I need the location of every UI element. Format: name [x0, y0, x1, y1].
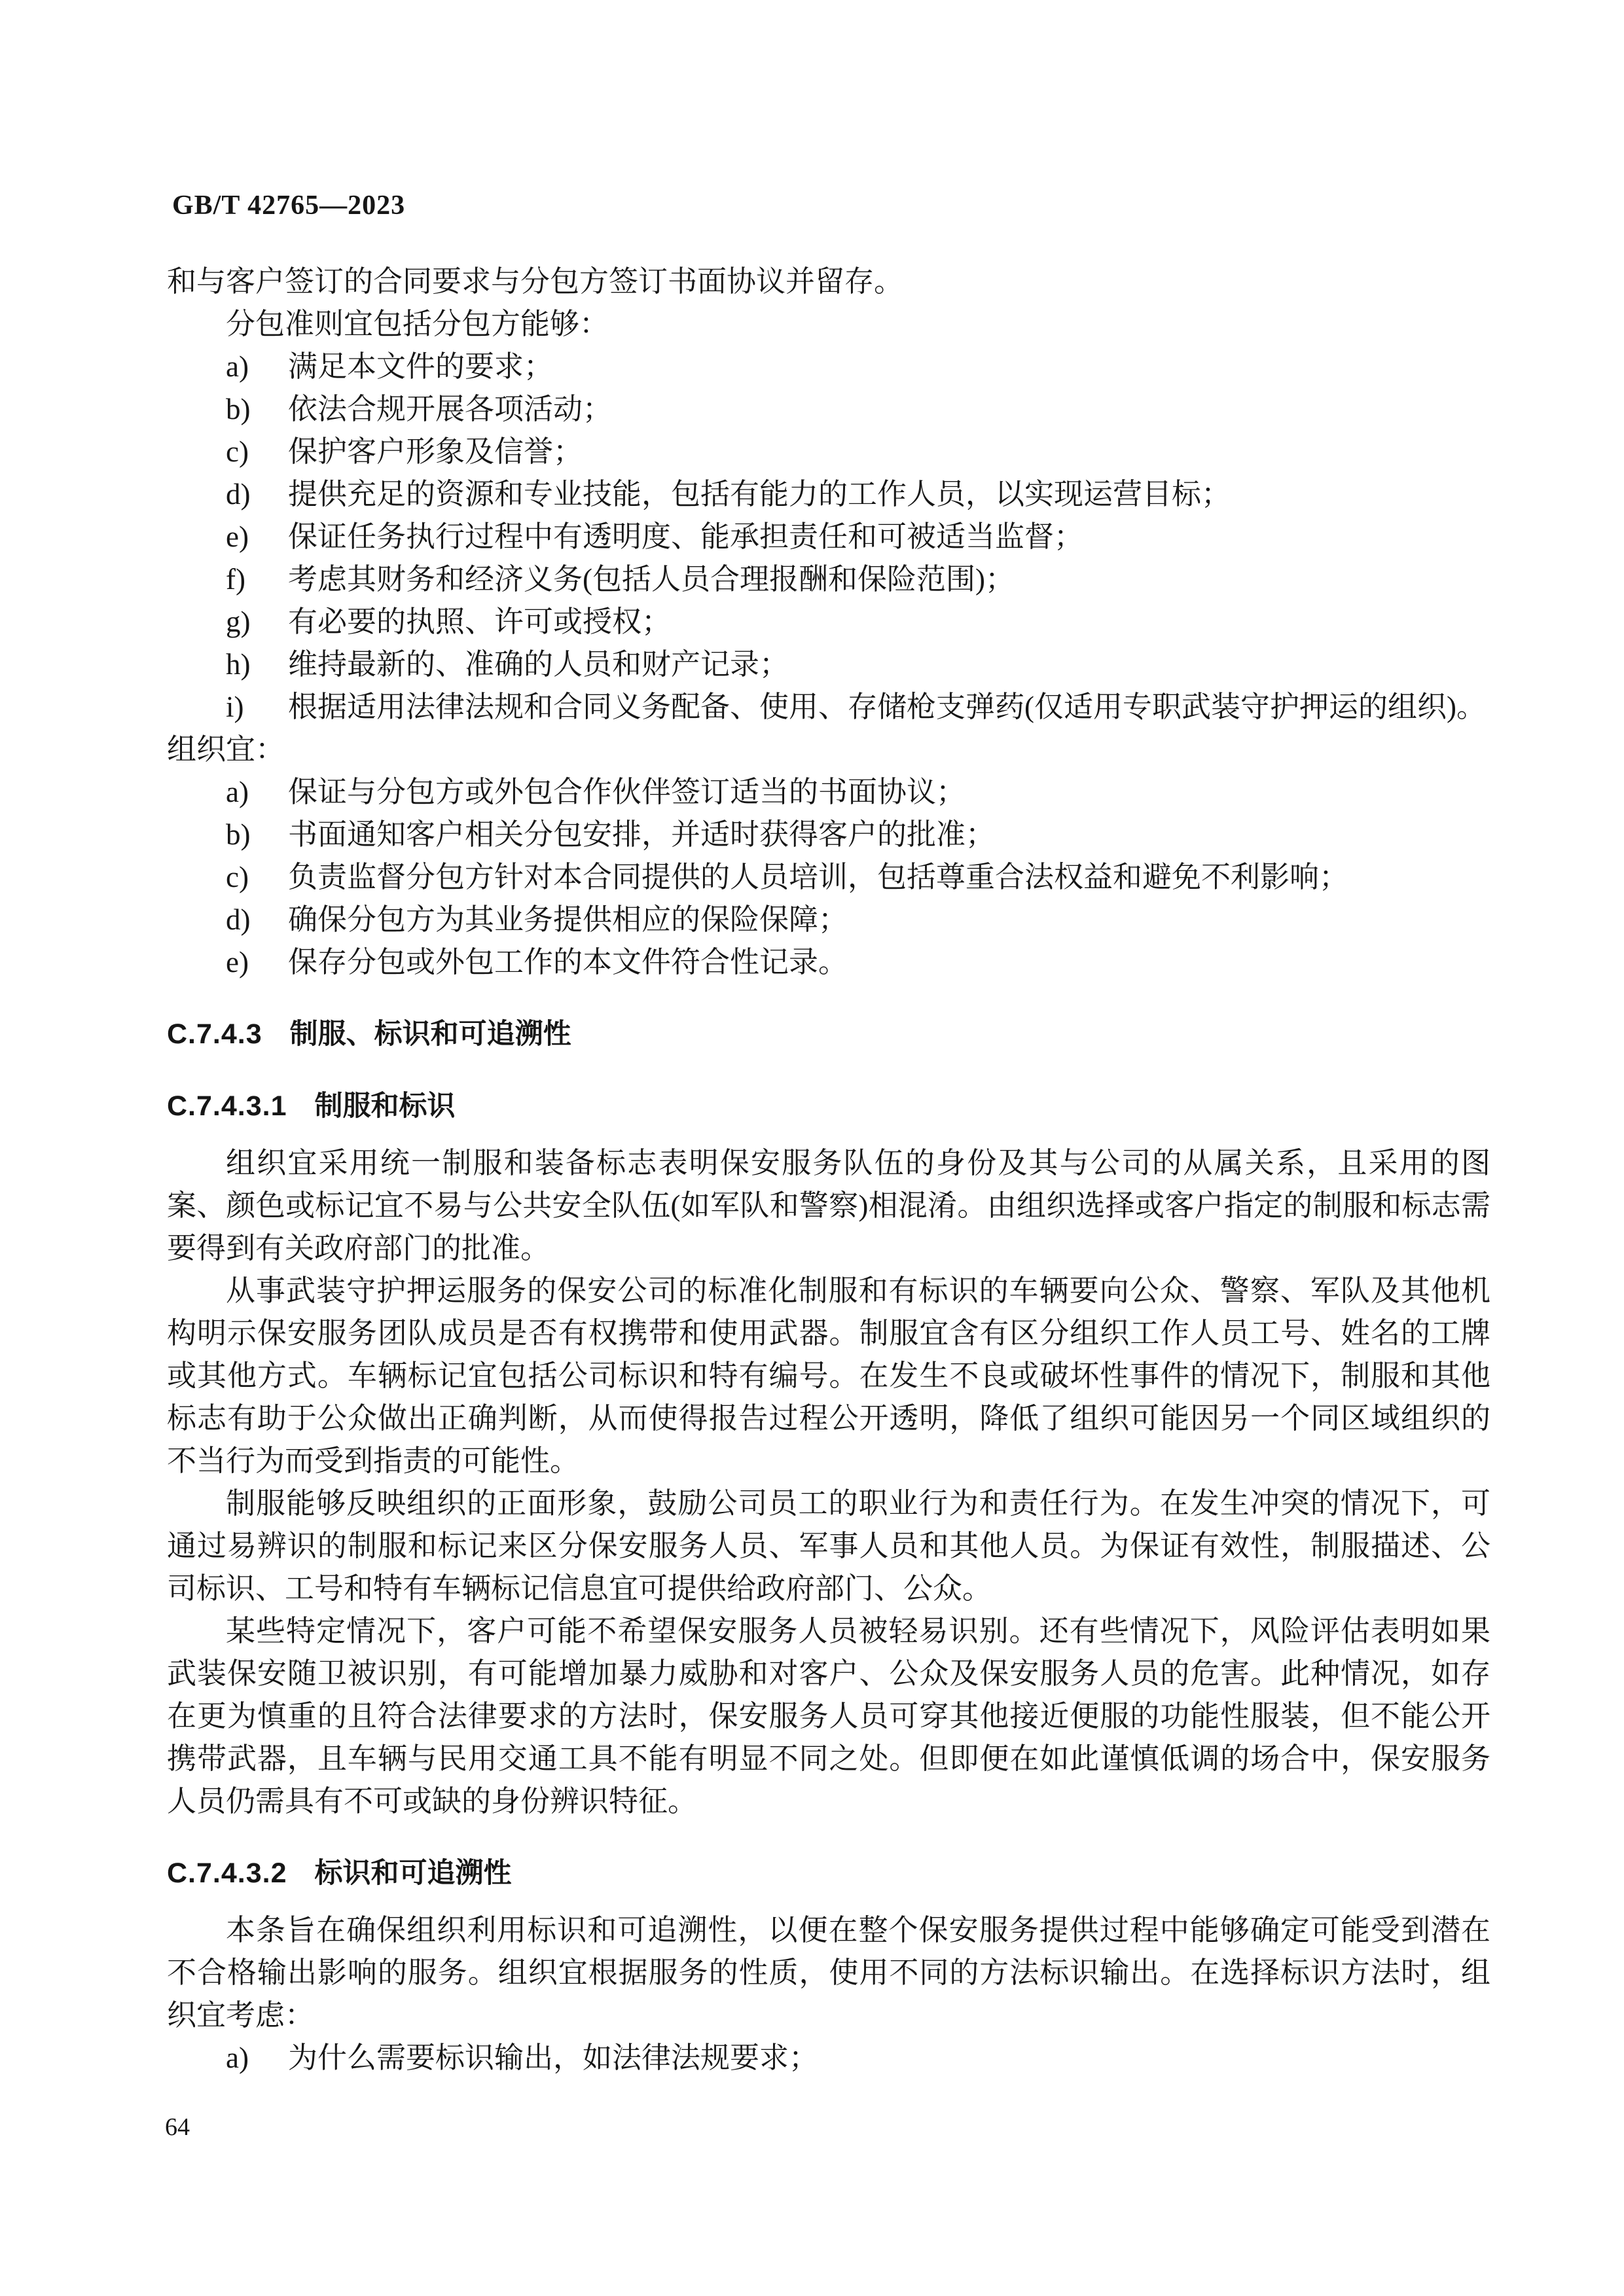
list-item-label: f): [226, 558, 245, 601]
clause-number: C.7.4.3.1: [167, 1090, 287, 1122]
list-item-text: 保护客户形象及信誉；: [288, 435, 583, 468]
running-head-doc-number: GB/T 42765—2023: [172, 190, 405, 221]
paragraph: 某些特定情况下，客户可能不希望保安服务人员被轻易识别。还有些情况下，风险评估表明…: [167, 1610, 1490, 1823]
list-item-text: 有必要的执照、许可或授权；: [288, 605, 671, 638]
list-item: h) 维持最新的、准确的人员和财产记录；: [167, 643, 1490, 686]
clause-title: 制服和标识: [315, 1090, 456, 1122]
list-item: b) 书面通知客户相关分包安排，并适时获得客户的批准；: [167, 814, 1490, 856]
list-item: a) 保证与分包方或外包合作伙伴签订适当的书面协议；: [167, 771, 1490, 814]
list-item-text: 保证任务执行过程中有透明度、能承担责任和可被适当监督；: [288, 520, 1083, 553]
list-item-text: 保存分包或外包工作的本文件符合性记录。: [288, 946, 848, 978]
list-item-text: 负责监督分包方针对本合同提供的人员培训，包括尊重合法权益和避免不利影响；: [288, 861, 1348, 893]
list-item-label: c): [226, 431, 249, 473]
list-item: c) 负责监督分包方针对本合同提供的人员培训，包括尊重合法权益和避免不利影响；: [167, 856, 1490, 899]
list-item-label: e): [226, 941, 249, 984]
list-item-label: c): [226, 856, 249, 899]
list-item-text: 为什么需要标识输出，如法律法规要求；: [288, 2041, 818, 2074]
list-item: b) 依法合规开展各项活动；: [167, 388, 1490, 431]
list-item-label: d): [226, 899, 251, 941]
list-item-text: 书面通知客户相关分包安排，并适时获得客户的批准；: [288, 818, 995, 851]
list-item-label: b): [226, 388, 251, 431]
list-item: i) 根据适用法律法规和合同义务配备、使用、存储枪支弹药(仅适用专职武装守护押运…: [167, 686, 1490, 728]
list-item: c) 保护客户形象及信誉；: [167, 431, 1490, 473]
list-item: e) 保证任务执行过程中有透明度、能承担责任和可被适当监督；: [167, 516, 1490, 558]
list-item: a) 满足本文件的要求；: [167, 346, 1490, 388]
list-item: f) 考虑其财务和经济义务(包括人员合理报酬和保险范围)；: [167, 558, 1490, 601]
clause-heading-c7-4-3-2: C.7.4.3.2标识和可追溯性: [167, 1852, 1490, 1895]
document-page: GB/T 42765—2023 和与客户签订的合同要求与分包方签订书面协议并留存…: [0, 0, 1624, 2296]
subcontract-criteria-list: a) 满足本文件的要求； b) 依法合规开展各项活动； c) 保护客户形象及信誉…: [167, 346, 1490, 728]
list-item-text: 依法合规开展各项活动；: [288, 393, 612, 425]
list-item-label: e): [226, 516, 249, 558]
clause-heading-c7-4-3: C.7.4.3制服、标识和可追溯性: [167, 1013, 1490, 1056]
list-item: d) 确保分包方为其业务提供相应的保险保障；: [167, 899, 1490, 941]
paragraph: 从事武装守护押运服务的保安公司的标准化制服和有标识的车辆要向公众、警察、军队及其…: [167, 1270, 1490, 1482]
list-item-text: 考虑其财务和经济义务(包括人员合理报酬和保险范围)；: [288, 563, 1015, 596]
page-body: 和与客户签订的合同要求与分包方签订书面协议并留存。 分包准则宜包括分包方能够： …: [167, 260, 1490, 2079]
list-item: a) 为什么需要标识输出，如法律法规要求；: [167, 2037, 1490, 2079]
list-item-label: d): [226, 473, 251, 516]
clause-title: 标识和可追溯性: [315, 1857, 512, 1889]
list-item: g) 有必要的执照、许可或授权；: [167, 601, 1490, 643]
paragraph: 本条旨在确保组织利用标识和可追溯性，以便在整个保安服务提供过程中能够确定可能受到…: [167, 1909, 1490, 2037]
list-item-text: 根据适用法律法规和合同义务配备、使用、存储枪支弹药(仅适用专职武装守护押运的组织…: [288, 691, 1486, 723]
list-item-label: b): [226, 814, 251, 856]
list-item-label: a): [226, 2037, 249, 2079]
list-item-text: 保证与分包方或外包合作伙伴签订适当的书面协议；: [288, 776, 965, 808]
paragraph: 组织宜采用统一制服和装备标志表明保安服务队伍的身份及其与公司的从属关系，且采用的…: [167, 1142, 1490, 1270]
list-item-label: a): [226, 346, 249, 388]
list-item-text: 提供充足的资源和专业技能，包括有能力的工作人员，以实现运营目标；: [288, 478, 1231, 511]
page-number: 64: [165, 2111, 190, 2143]
organization-obligations-list: a) 保证与分包方或外包合作伙伴签订适当的书面协议； b) 书面通知客户相关分包…: [167, 771, 1490, 984]
identification-considerations-list: a) 为什么需要标识输出，如法律法规要求；: [167, 2037, 1490, 2079]
paragraph-org-lead: 组织宜：: [167, 728, 1490, 771]
clause-number: C.7.4.3: [167, 1018, 262, 1050]
list-item-label: a): [226, 771, 249, 814]
clause-title: 制服、标识和可追溯性: [290, 1018, 571, 1050]
clause-number: C.7.4.3.2: [167, 1857, 287, 1889]
paragraph-continuation: 和与客户签订的合同要求与分包方签订书面协议并留存。: [167, 260, 1490, 303]
list-item: e) 保存分包或外包工作的本文件符合性记录。: [167, 941, 1490, 984]
clause-heading-c7-4-3-1: C.7.4.3.1制服和标识: [167, 1085, 1490, 1128]
paragraph-subcontract-lead: 分包准则宜包括分包方能够：: [167, 303, 1490, 346]
paragraph: 制服能够反映组织的正面形象，鼓励公司员工的职业行为和责任行为。在发生冲突的情况下…: [167, 1482, 1490, 1610]
list-item-label: h): [226, 643, 251, 686]
list-item: d) 提供充足的资源和专业技能，包括有能力的工作人员，以实现运营目标；: [167, 473, 1490, 516]
list-item-text: 维持最新的、准确的人员和财产记录；: [288, 648, 789, 681]
list-item-text: 满足本文件的要求；: [288, 350, 553, 383]
list-item-text: 确保分包方为其业务提供相应的保险保障；: [288, 903, 848, 936]
list-item-label: g): [226, 601, 251, 643]
list-item-label: i): [226, 686, 244, 728]
